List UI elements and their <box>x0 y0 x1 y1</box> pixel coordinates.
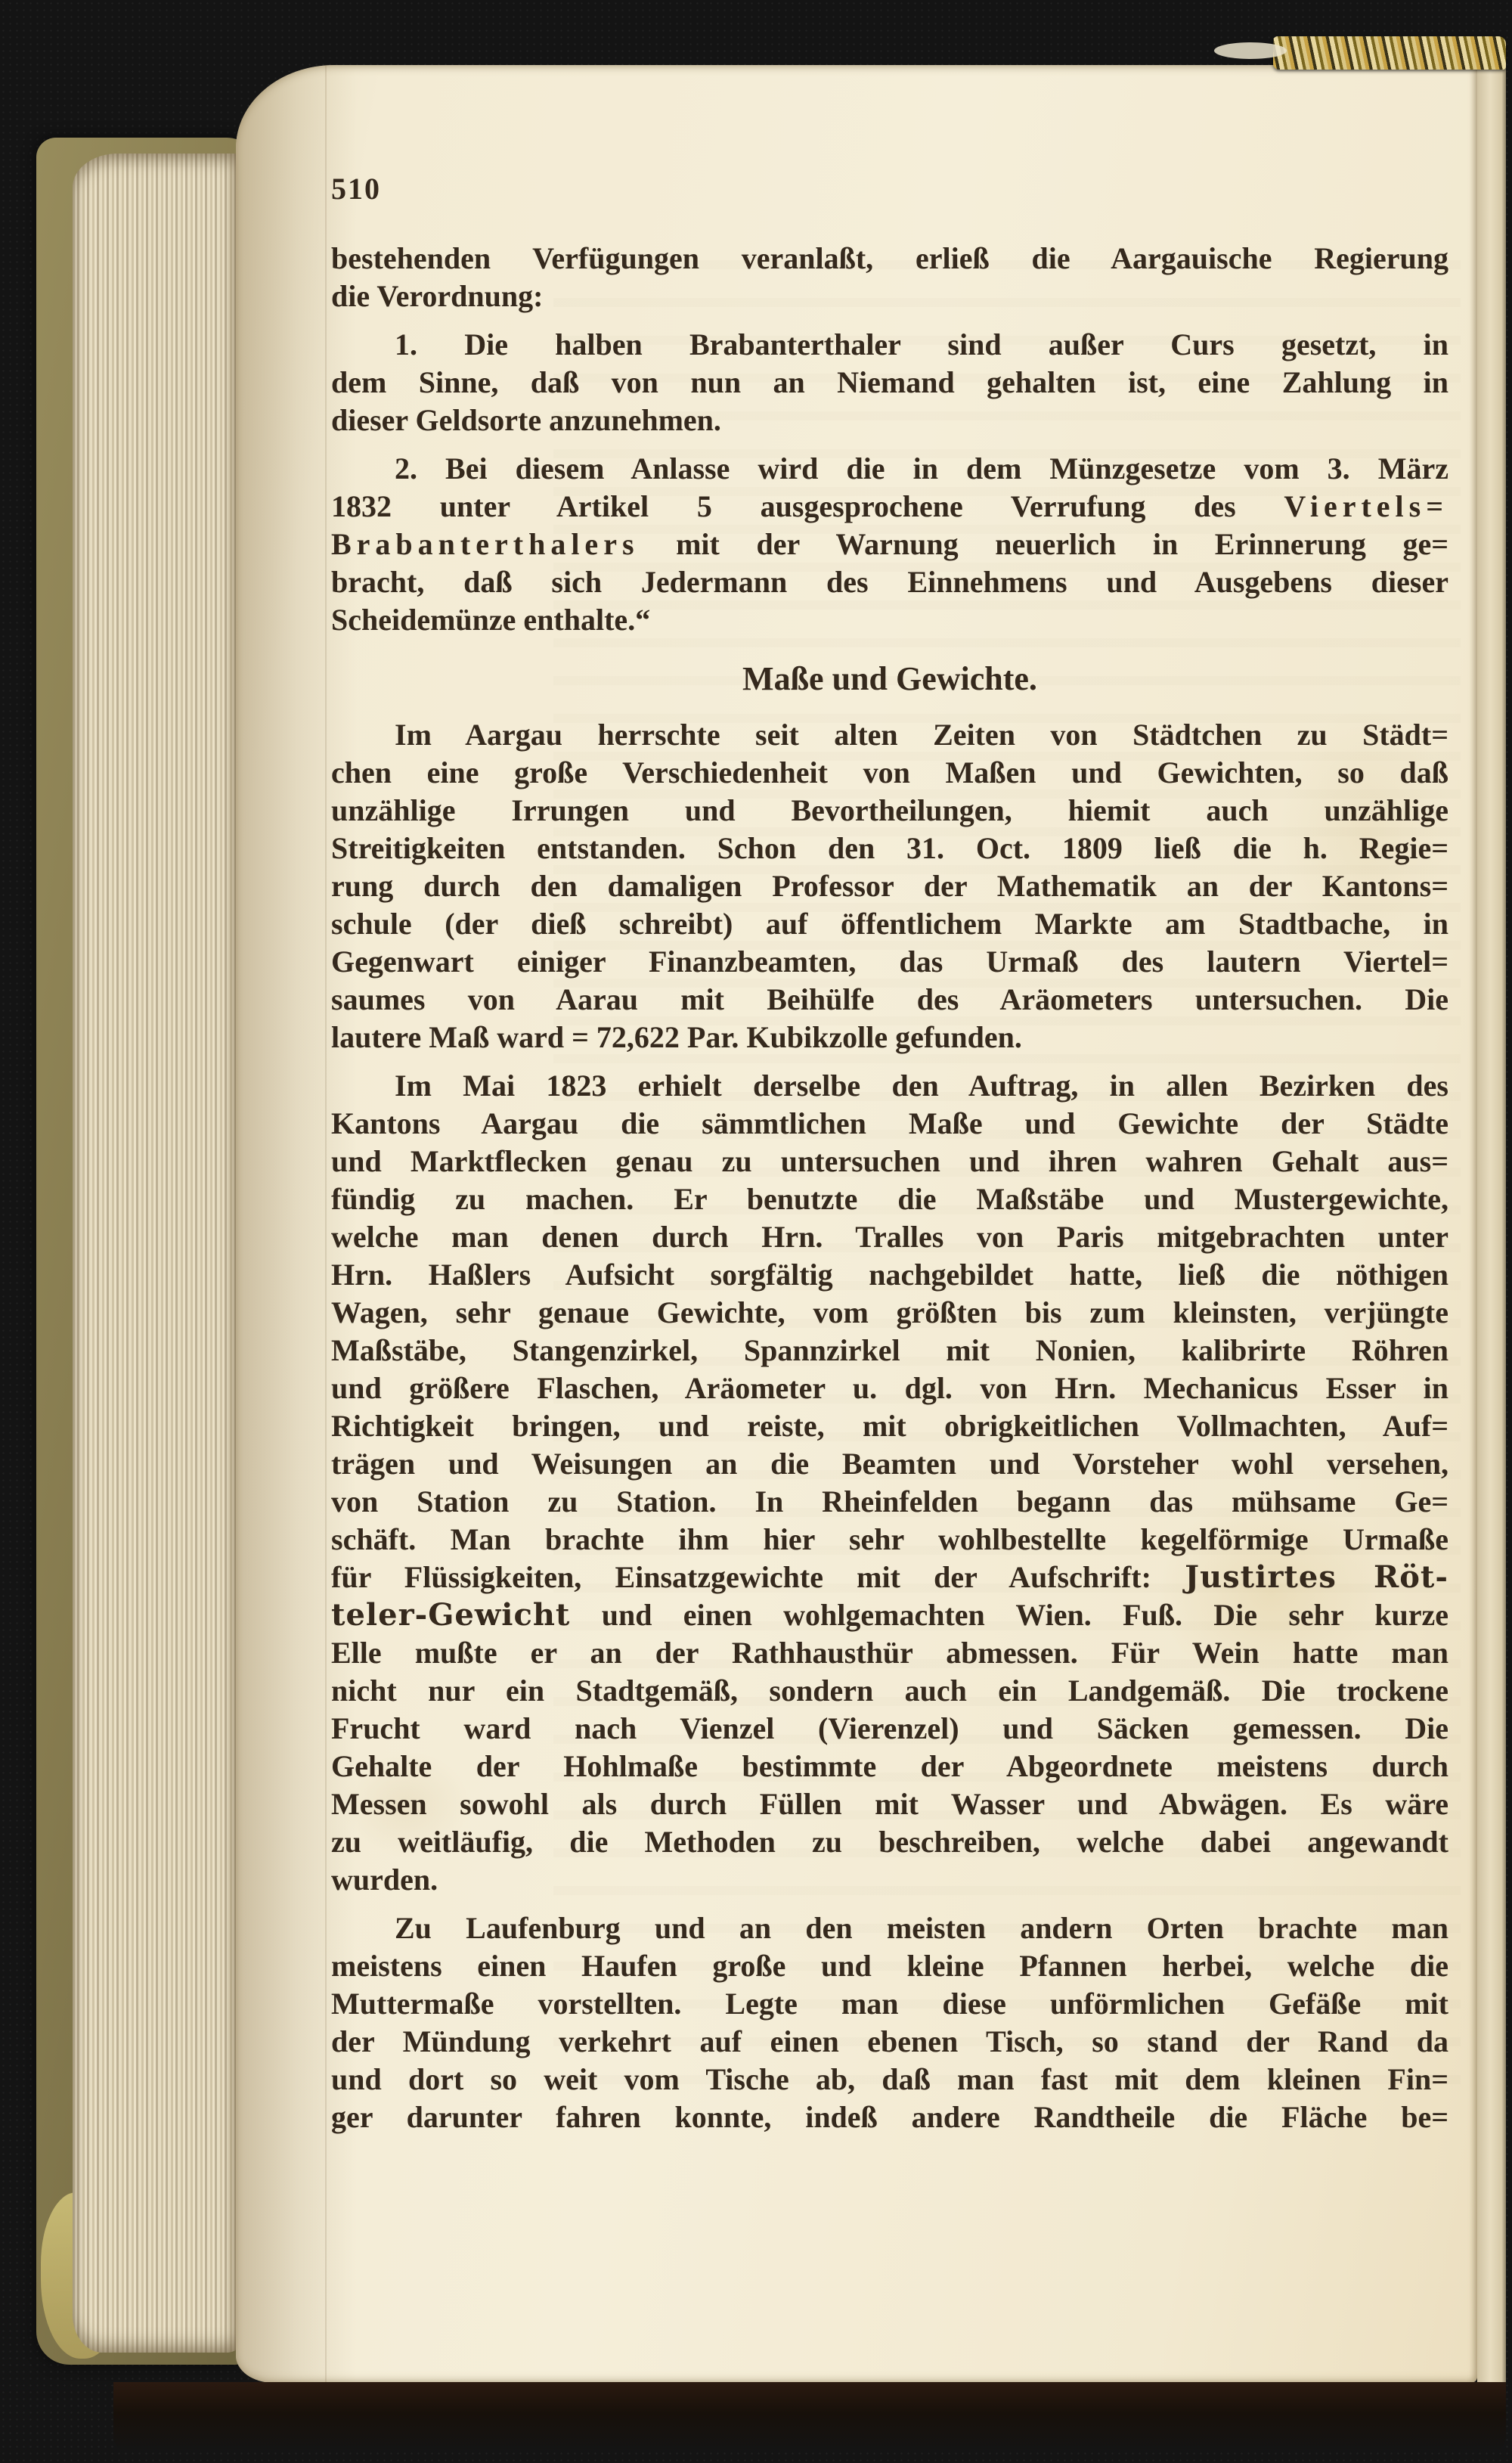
text-line: Scheidemünze enthalte.“ <box>331 602 1448 640</box>
page-number: 510 <box>331 171 381 206</box>
text-line: Richtigkeit bringen, und reiste, mit obr… <box>331 1408 1448 1446</box>
book-scan: 510 bestehenden Verfügungen veranlaßt, e… <box>0 0 1512 2463</box>
text-line: welche man denen durch Hrn. Tralles von … <box>331 1219 1448 1257</box>
text-line: Maßstäbe, Stangenzirkel, Spannzirkel mit… <box>331 1332 1448 1370</box>
text-line: saumes von Aarau mit Beihülfe des Aräome… <box>331 982 1448 1019</box>
page-under-edge <box>1477 60 1506 2384</box>
text-line: Elle mußte er an der Rathhausthür abmess… <box>331 1635 1448 1673</box>
text-line: rung durch den damaligen Professor der M… <box>331 868 1448 906</box>
text-line: zu weitläufig, die Methoden zu beschreib… <box>331 1824 1448 1862</box>
book-top-edge-marbling <box>1273 36 1506 70</box>
text-line: ger darunter fahren konnte, indeß andere… <box>331 2099 1448 2137</box>
section-heading: Maße und Gewichte. <box>331 659 1448 703</box>
text-line: Gegenwart einiger Finanzbeamten, das Urm… <box>331 944 1448 982</box>
text-line: fündig zu machen. Er benutzte die Maßstä… <box>331 1181 1448 1219</box>
text-line: 1. Die halben Brabanterthaler sind außer… <box>331 327 1448 364</box>
paragraph: Im Aargau herrschte seit alten Zeiten vo… <box>331 717 1448 1057</box>
text-line: meistens einen Haufen große und kleine P… <box>331 1948 1448 1986</box>
text-line: der Mündung verkehrt auf einen ebenen Ti… <box>331 2024 1448 2061</box>
text-line: nicht nur ein Stadtgemäß, sondern auch e… <box>331 1673 1448 1711</box>
letterspaced-word: Brabanterthalers <box>331 527 640 561</box>
text-line: dem Sinne, daß von nun an Niemand gehalt… <box>331 364 1448 402</box>
text-line: bestehenden Verfügungen veranlaßt, erlie… <box>331 240 1448 278</box>
text-line: Messen sowohl als durch Füllen mit Wasse… <box>331 1786 1448 1824</box>
text-line: Zu Laufenburg und an den meisten andern … <box>331 1910 1448 1948</box>
paragraph: Zu Laufenburg und an den meisten andern … <box>331 1910 1448 2137</box>
text-line: teler-Gewicht und einen wohlgemachten Wi… <box>331 1597 1448 1635</box>
book-page: 510 bestehenden Verfügungen veranlaßt, e… <box>236 65 1477 2383</box>
text-line: und größere Flaschen, Aräometer u. dgl. … <box>331 1370 1448 1408</box>
text-line: lautere Maß ward = 72,622 Par. Kubikzoll… <box>331 1019 1448 1057</box>
text-line: Streitigkeiten entstanden. Schon den 31.… <box>331 830 1448 868</box>
text-line: Frucht ward nach Vienzel (Vierenzel) und… <box>331 1711 1448 1748</box>
text-line: Muttermaße vorstellten. Legte man diese … <box>331 1986 1448 2024</box>
paragraph: 1. Die halben Brabanterthaler sind außer… <box>331 327 1448 440</box>
text-line: und dort so weit vom Tische ab, daß man … <box>331 2061 1448 2099</box>
text-line: die Verordnung: <box>331 278 1448 316</box>
page-text: bestehenden Verfügungen veranlaßt, erlie… <box>331 240 1448 2148</box>
text-line: Kantons Aargau die sämmtlichen Maße und … <box>331 1106 1448 1143</box>
text-line: Brabanterthalers mit der Warnung neuerli… <box>331 526 1448 564</box>
page-edge-stack <box>73 154 240 2353</box>
page-crease-line <box>325 65 327 2383</box>
text-line: Wagen, sehr genaue Gewichte, vom größten… <box>331 1295 1448 1332</box>
text-line: unzählige Irrungen und Bevortheilungen, … <box>331 793 1448 830</box>
text-line: für Flüssigkeiten, Einsatzgewichte mit d… <box>331 1559 1448 1597</box>
text-line: Im Mai 1823 erhielt derselbe den Auftrag… <box>331 1068 1448 1106</box>
text-line: 2. Bei diesem Anlasse wird die in dem Mü… <box>331 451 1448 489</box>
text-line: wurden. <box>331 1862 1448 1900</box>
text-line: schäft. Man brachte ihm hier sehr wohlbe… <box>331 1522 1448 1559</box>
text-line: 1832 unter Artikel 5 ausgesprochene Verr… <box>331 489 1448 526</box>
bold-antiqua-word: Justirtes Röt- <box>1185 1559 1448 1595</box>
text-line: Hrn. Haßlers Aufsicht sorgfältig nachgeb… <box>331 1257 1448 1295</box>
paragraph: bestehenden Verfügungen veranlaßt, erlie… <box>331 240 1448 316</box>
text-line: trägen und Weisungen an die Beamten und … <box>331 1446 1448 1484</box>
letterspaced-word: Viertels= <box>1284 489 1448 523</box>
text-line: Gehalte der Hohlmaße bestimmte der Abgeo… <box>331 1748 1448 1786</box>
paragraph: 2. Bei diesem Anlasse wird die in dem Mü… <box>331 451 1448 640</box>
text-line: von Station zu Station. In Rheinfelden b… <box>331 1484 1448 1522</box>
paragraph: Im Mai 1823 erhielt derselbe den Auftrag… <box>331 1068 1448 1900</box>
bold-antiqua-word: teler-Gewicht <box>331 1597 570 1633</box>
text-line: schule (der dieß schreibt) auf öffentlic… <box>331 906 1448 944</box>
book-bottom-shadow <box>113 2382 1506 2452</box>
text-line: chen eine große Verschiedenheit von Maße… <box>331 755 1448 793</box>
text-line: dieser Geldsorte anzunehmen. <box>331 402 1448 440</box>
text-line: und Marktflecken genau zu untersuchen un… <box>331 1143 1448 1181</box>
text-line: bracht, daß sich Jedermann des Einnehmen… <box>331 564 1448 602</box>
text-line: Im Aargau herrschte seit alten Zeiten vo… <box>331 717 1448 755</box>
